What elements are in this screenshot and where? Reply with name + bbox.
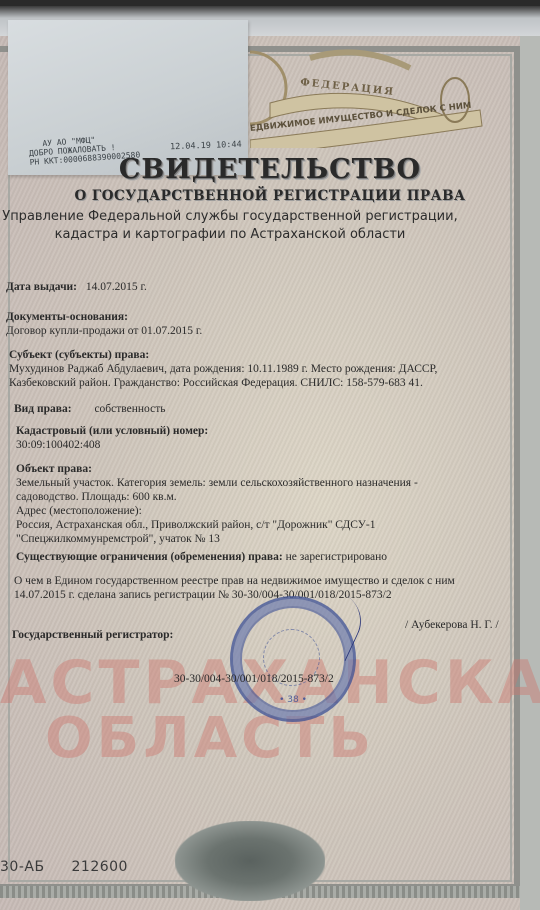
issue-date-label: Дата выдачи: [6, 281, 77, 293]
mfc-receipt: АУ АО "МФЦ" ДОБРО ПОЖАЛОВАТЬ ! РН ККТ:00… [8, 20, 248, 175]
address-line: "Спецжилкоммунремстрой", учаток № 13 [16, 532, 418, 546]
issue-date: Дата выдачи: 14.07.2015 г. [6, 280, 147, 294]
serial-number: 212600 [72, 859, 128, 875]
restrictions: Существующие ограничения (обременения) п… [16, 550, 387, 564]
blank-serial: 30-АБ 212600 [0, 859, 150, 875]
right-type-label: Вид права: [14, 403, 72, 415]
cadastral-value: 30:09:100402:408 [16, 438, 208, 452]
address-label: Адрес (местоположение): [16, 504, 418, 518]
certificate-sheet: ФЕДЕРАЦИЯ ЕДВИЖИМОЕ ИМУЩЕСТВО И СДЕЛОК С… [0, 6, 540, 910]
seal-number: • 38 • [233, 695, 353, 705]
emblem-ribbon [250, 48, 515, 148]
object-line: садоводство. Площадь: 600 кв.м. [16, 490, 418, 504]
restrictions-value: не зарегистрировано [286, 551, 387, 563]
right-type-value: собственность [94, 403, 165, 415]
registrar-label: Государственный регистратор: [12, 629, 173, 641]
serial-series: 30-АБ [0, 859, 45, 875]
registry-line: 14.07.2015 г. сделана запись регистрации… [14, 588, 455, 602]
subject-label: Субъект (субъекты) права: [9, 348, 437, 362]
object-line: Земельный участок. Категория земель: зем… [16, 476, 418, 490]
authority-line: кадастра и картографии по Астраханской о… [0, 226, 460, 244]
document-subtitle: О ГОСУДАРСТВЕННОЙ РЕГИСТРАЦИИ ПРАВА [0, 188, 540, 204]
subject-line: Казбековский район. Гражданство: Российс… [9, 376, 437, 390]
restrictions-label: Существующие ограничения (обременения) п… [16, 551, 283, 563]
receipt-datetime: 12.04.19 10:44 [170, 140, 242, 152]
address-line: Россия, Астраханская обл., Приволжский р… [16, 518, 418, 532]
registry-line: О чем в Едином государственном реестре п… [14, 574, 455, 588]
registrar-name: / Аубекерова Н. Г. / [405, 618, 499, 632]
object-label: Объект права: [16, 462, 418, 476]
basis-documents: Документы-основания: Договор купли-прода… [6, 310, 202, 338]
right-type: Вид права: собственность [14, 402, 165, 416]
registry-record: О чем в Едином государственном реестре п… [14, 574, 455, 602]
registrar: Государственный регистратор: [12, 628, 173, 642]
rights-subject: Субъект (субъекты) права: Мухудинов Радж… [9, 348, 437, 390]
authority-line: Управление Федеральной службы государств… [0, 208, 460, 226]
cadastral-label: Кадастровый (или условный) номер: [16, 424, 208, 438]
subject-line: Мухудинов Раджаб Абдулаевич, дата рожден… [9, 362, 437, 376]
issue-date-value: 14.07.2015 г. [86, 281, 147, 293]
watermark-oblast: ОБЛАСТЬ [0, 706, 480, 771]
cadastral-number: Кадастровый (или условный) номер: 30:09:… [16, 424, 208, 452]
guilloche-rosette [175, 821, 325, 901]
record-number: 30-30/004-30/001/018/2015-873/2 [174, 672, 334, 686]
rights-object: Объект права: Земельный участок. Категор… [16, 462, 418, 546]
issuing-authority: Управление Федеральной службы государств… [0, 208, 460, 244]
basis-label: Документы-основания: [6, 310, 202, 324]
basis-value: Договор купли-продажи от 01.07.2015 г. [6, 324, 202, 338]
document-title: СВИДЕТЕЛЬСТВО [0, 154, 540, 185]
